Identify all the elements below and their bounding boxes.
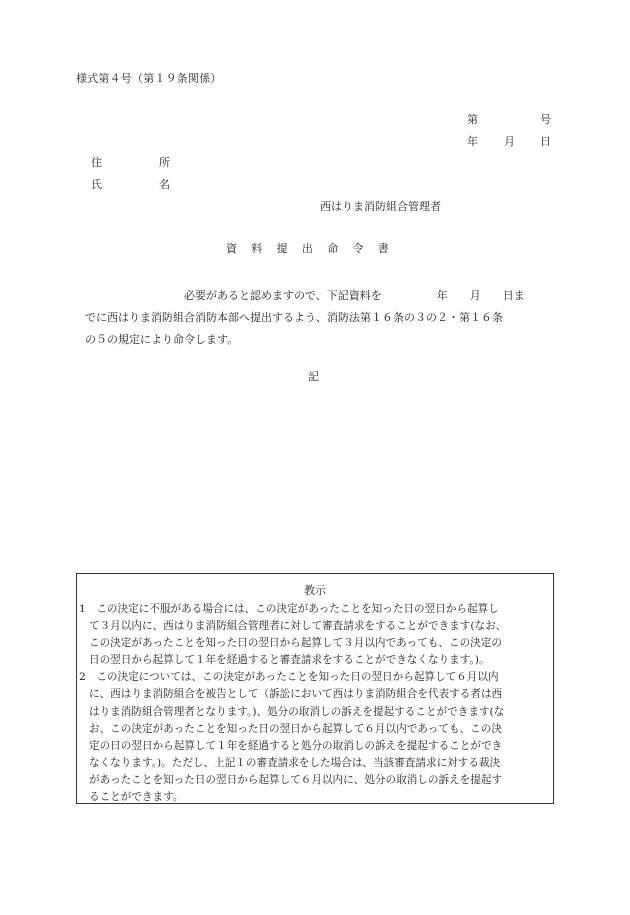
issuer-name: 西はりま消防組合管理者: [320, 200, 441, 213]
notice-line: ることができます。: [79, 789, 551, 806]
document-number-suffix: 号: [540, 113, 551, 126]
form-number: 様式第４号（第１９条関係）: [76, 72, 222, 85]
notice-line: はりま消防組合管理者となります。)、処分の取消しの訴えを提起することができます(…: [79, 704, 551, 721]
ki-heading: 記: [308, 370, 319, 383]
notice-title: 教示: [77, 584, 553, 597]
notice-line: があったことを知った日の翌日から起算して６月以内に、処分の取消しの訴えを提起す: [79, 772, 551, 789]
notice-line: に、西はりま消防組合を被告として（訴訟において西はりま消防組合を代表する者は西: [79, 686, 551, 703]
notice-line: 定の日の翌日から起算して１年を経過すると処分の取消しの訴えを提起することができ: [79, 738, 551, 755]
order-body: 必要があると認めますので、下記資料を 年 月 日ま でに西はりま消防組合消防本部…: [85, 285, 555, 351]
notice-line: この決定があったことを知った日の翌日から起算して３月以内であっても、この決定の: [79, 635, 551, 652]
date-month-label: 月: [504, 135, 515, 148]
notice-line: て３月以内に、西はりま消防組合管理者に対して審査請求をすることができます(なお、: [79, 618, 551, 635]
document-number-prefix: 第: [467, 113, 478, 126]
document-title: 資料提出命令書: [226, 242, 403, 255]
notice-line: なくなります。)。ただし、上記１の審査請求をした場合は、当該審査請求に対する裁決: [79, 755, 551, 772]
notice-line: 2 この決定については、この決定があったことを知った日の翌日から起算して６月以内: [79, 669, 551, 686]
notice-line: 日の翌日から起算して１年を経過すると審査請求をすることができなくなります。)。: [79, 652, 551, 669]
body-line: 必要があると認めますので、下記資料を 年 月 日ま: [85, 285, 555, 307]
date-year-label: 年: [467, 135, 478, 148]
notice-line: 1 この決定に不服がある場合には、この決定があったことを知った日の翌日から起算し: [79, 601, 551, 618]
notice-line: お、この決定があったことを知った日の翌日から起算して６月以内であっても、この決: [79, 721, 551, 738]
notice-text: 1 この決定に不服がある場合には、この決定があったことを知った日の翌日から起算し…: [79, 601, 551, 806]
appeal-notice-box: 教示 1 この決定に不服がある場合には、この決定があったことを知った日の翌日から…: [76, 573, 554, 804]
body-line: でに西はりま消防組合消防本部へ提出するよう、消防法第１６条の３の２・第１６条: [85, 307, 555, 329]
body-line: の５の規定により命令します。: [85, 329, 555, 351]
date-day-label: 日: [540, 135, 551, 148]
